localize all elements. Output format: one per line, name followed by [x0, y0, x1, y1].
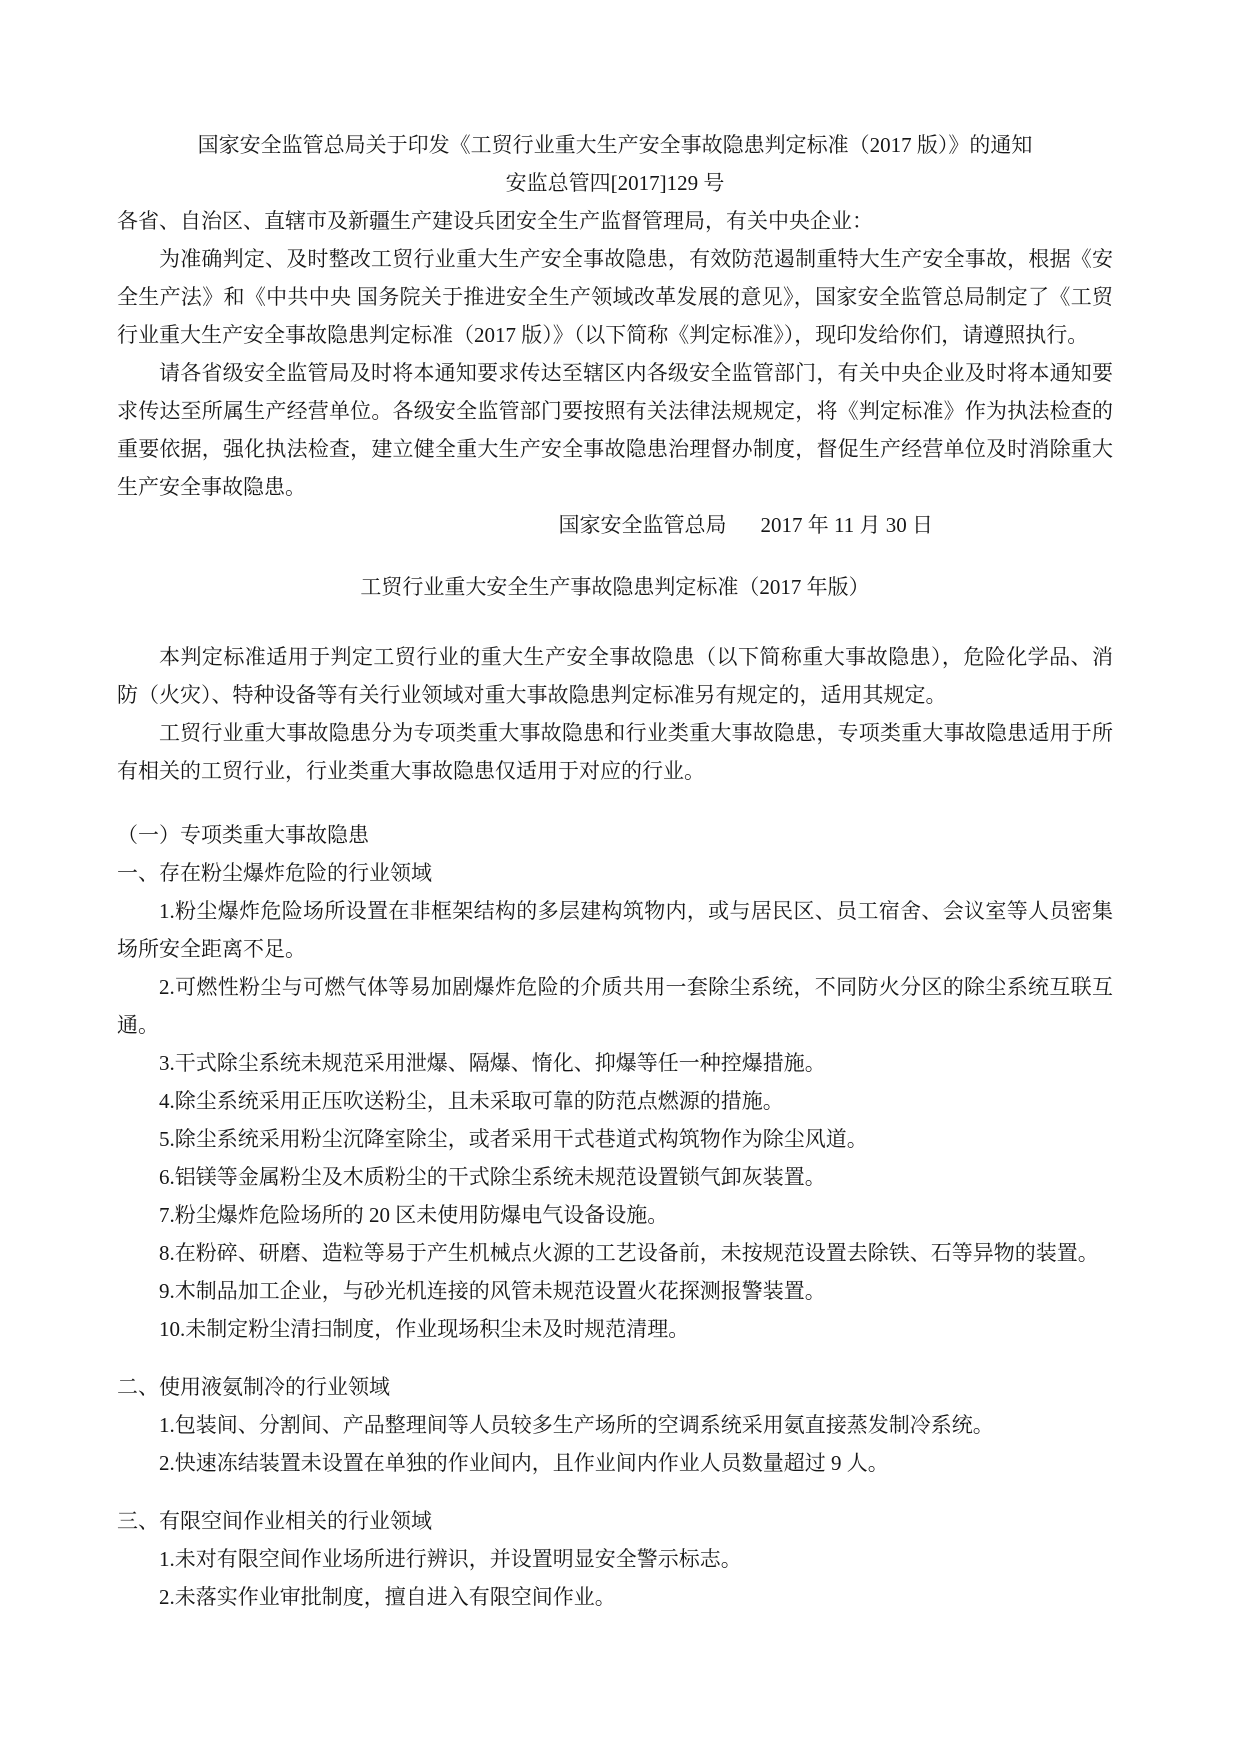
hazard-item: 1.包装间、分割间、产品整理间等人员较多生产场所的空调系统采用氨直接蒸发制冷系统… — [117, 1406, 1113, 1444]
section-heading-confined-space: 三、有限空间作业相关的行业领域 — [117, 1502, 1113, 1540]
hazard-item: 10.未制定粉尘清扫制度，作业现场积尘未及时规范清理。 — [117, 1310, 1113, 1348]
signature-agency: 国家安全监管总局 — [559, 506, 727, 544]
hazard-item: 4.除尘系统采用正压吹送粉尘，且未采取可靠的防范点燃源的措施。 — [117, 1082, 1113, 1120]
standard-title: 工贸行业重大安全生产事故隐患判定标准（2017 年版） — [117, 568, 1113, 606]
signature-date: 2017 年 11 月 30 日 — [761, 506, 933, 544]
part-heading-special-hazards: （一）专项类重大事故隐患 — [117, 816, 1113, 854]
standard-intro-paragraph-1: 本判定标准适用于判定工贸行业的重大生产安全事故隐患（以下简称重大事故隐患），危险… — [117, 638, 1113, 714]
document-page: 国家安全监管总局关于印发《工贸行业重大生产安全事故隐患判定标准（2017 版）》… — [0, 0, 1241, 1754]
standard-intro-paragraph-2: 工贸行业重大事故隐患分为专项类重大事故隐患和行业类重大事故隐患，专项类重大事故隐… — [117, 714, 1113, 790]
signature-spacer — [727, 506, 761, 544]
hazard-item: 5.除尘系统采用粉尘沉降室除尘，或者采用干式巷道式构筑物作为除尘风道。 — [117, 1120, 1113, 1158]
hazard-item: 2.快速冻结装置未设置在单独的作业间内，且作业间内作业人员数量超过 9 人。 — [117, 1444, 1113, 1482]
notice-title: 国家安全监管总局关于印发《工贸行业重大生产安全事故隐患判定标准（2017 版）》… — [117, 126, 1113, 164]
notice-paragraph-2: 请各省级安全监管局及时将本通知要求传达至辖区内各级安全监管部门，有关中央企业及时… — [117, 354, 1113, 506]
hazard-item: 8.在粉碎、研磨、造粒等易于产生机械点火源的工艺设备前，未按规范设置去除铁、石等… — [117, 1234, 1113, 1272]
hazard-item: 2.未落实作业审批制度，擅自进入有限空间作业。 — [117, 1578, 1113, 1616]
hazard-item: 1.粉尘爆炸危险场所设置在非框架结构的多层建构筑物内，或与居民区、员工宿舍、会议… — [117, 892, 1113, 968]
section-heading-dust-explosion: 一、存在粉尘爆炸危险的行业领域 — [117, 854, 1113, 892]
notice-paragraph-1: 为准确判定、及时整改工贸行业重大生产安全事故隐患，有效防范遏制重特大生产安全事故… — [117, 240, 1113, 354]
section-heading-liquid-ammonia: 二、使用液氨制冷的行业领域 — [117, 1368, 1113, 1406]
hazard-item: 9.木制品加工企业，与砂光机连接的风管未规范设置火花探测报警装置。 — [117, 1272, 1113, 1310]
hazard-item: 7.粉尘爆炸危险场所的 20 区未使用防爆电气设备设施。 — [117, 1196, 1113, 1234]
notice-salutation: 各省、自治区、直辖市及新疆生产建设兵团安全生产监督管理局，有关中央企业： — [117, 202, 1113, 240]
hazard-item: 6.铝镁等金属粉尘及木质粉尘的干式除尘系统未规范设置锁气卸灰装置。 — [117, 1158, 1113, 1196]
hazard-item: 2.可燃性粉尘与可燃气体等易加剧爆炸危险的介质共用一套除尘系统，不同防火分区的除… — [117, 968, 1113, 1044]
hazard-item: 3.干式除尘系统未规范采用泄爆、隔爆、惰化、抑爆等任一种控爆措施。 — [117, 1044, 1113, 1082]
signature-line: 国家安全监管总局 2017 年 11 月 30 日 — [117, 506, 1113, 544]
hazard-item: 1.未对有限空间作业场所进行辨识，并设置明显安全警示标志。 — [117, 1540, 1113, 1578]
notice-doc-number: 安监总管四[2017]129 号 — [117, 164, 1113, 202]
